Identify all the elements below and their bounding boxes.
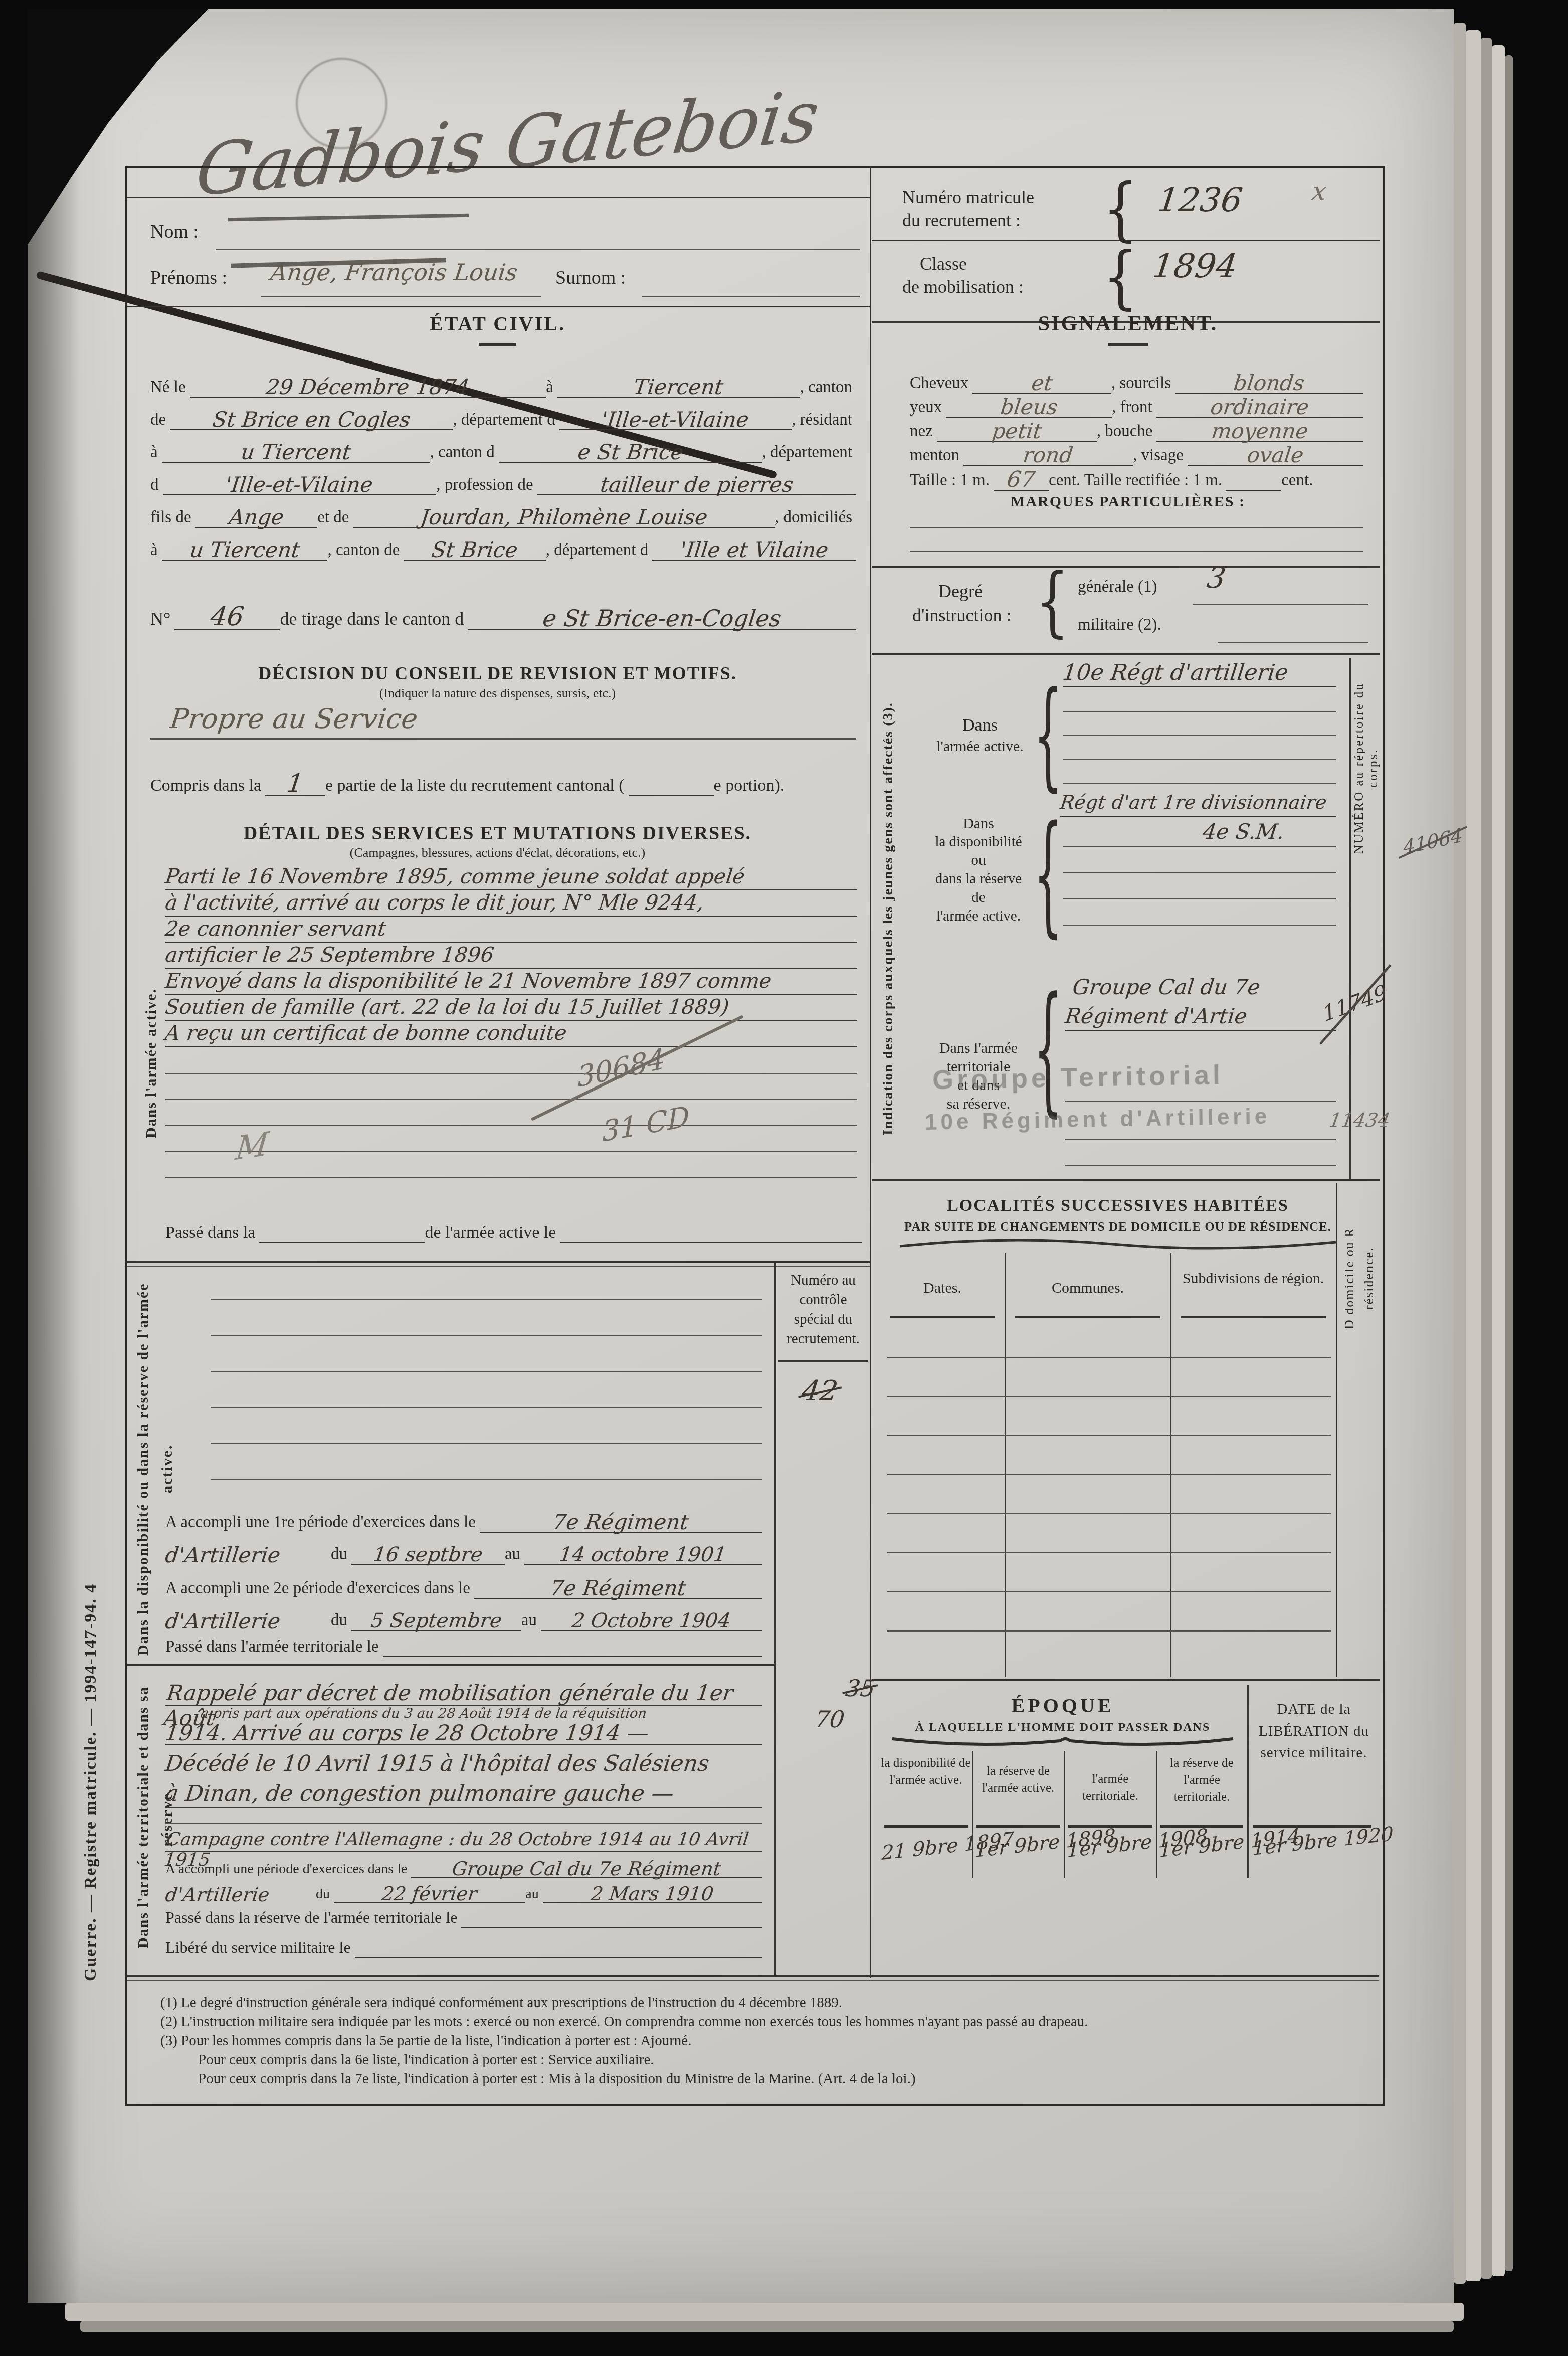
decision-title: DÉCISION DU CONSEIL DE REVISION ET MOTIF… (125, 663, 870, 684)
terr-line-5: Campagne contre l'Allemagne : du 28 Octo… (165, 1829, 762, 1852)
sourcils-value: blonds (1232, 371, 1306, 395)
page-edge (1492, 45, 1505, 2276)
terr-line-1b: a pris part aux opérations du 3 au 28 Ao… (201, 1706, 762, 1721)
rule (1181, 1316, 1326, 1318)
rule (1063, 711, 1336, 712)
label: , visage (1133, 446, 1188, 466)
residence-blank: u Tiercent (162, 437, 430, 463)
blank: rond (963, 440, 1133, 466)
birth-date-value: 29 Décembre 1874 (265, 375, 471, 399)
blank: ordinaire (1156, 392, 1363, 418)
footnote-5: Pour ceux compris dans la 7e liste, l'in… (198, 2071, 916, 2087)
terr-text: Décédé le 10 Avril 1915 à l'hôpital des … (164, 1751, 711, 1776)
epoque-subtitle: À LAQUELLE L'HOMME DOIT PASSER DANS (880, 1721, 1246, 1734)
periode1-line-a: A accompli une 1re période d'exercices d… (165, 1507, 762, 1533)
label: yeux (910, 398, 946, 418)
rule (165, 1073, 857, 1074)
epoque-col-3: l'armée territoriale. (1065, 1771, 1155, 1805)
periode1-fin: 14 octobre 1901 (558, 1543, 728, 1566)
degre-militaire-label: militaire (2). (1078, 616, 1161, 634)
page-edge-bottom (65, 2303, 1464, 2321)
title-dash (1108, 343, 1148, 346)
label: Passé dans l'armée territoriale le (165, 1638, 383, 1657)
menton-value: rond (1022, 443, 1074, 467)
service-text: artificier le 25 Septembre 1896 (164, 943, 495, 967)
birth-place-value: Tiercent (632, 375, 725, 399)
rule (127, 1980, 1379, 1981)
service-text: 2e canonnier servant (164, 917, 387, 941)
label: et de (317, 508, 353, 528)
section-rule (127, 1261, 870, 1263)
label: , département (762, 443, 856, 463)
service-line-1: Parti le 16 Novembre 1895, comme jeune s… (165, 864, 857, 890)
tirage-line: N° 46 de tirage dans le canton d e St Br… (150, 599, 856, 630)
taille-value: 67 (1006, 467, 1037, 492)
corps-r2-label-4: dans la réserve (923, 871, 1034, 887)
degre-generale-label: générale (1) (1078, 578, 1157, 596)
label: , résidant (792, 411, 856, 430)
col-communes-header: Communes. (1005, 1280, 1170, 1297)
col-subdivisions-header: Subdivisions de région. (1175, 1268, 1331, 1289)
label: , profession de (436, 476, 537, 495)
service-text: Soutien de famille (art. 22 de la loi du… (164, 995, 730, 1019)
bouche-value: moyenne (1210, 419, 1310, 443)
col-dates-header: Dates. (880, 1280, 1005, 1297)
label: Compris dans la (150, 776, 265, 796)
decision-subtitle: (Indiquer la nature des dispenses, sursi… (125, 686, 870, 701)
degre-label-1: Degré (938, 581, 983, 602)
rule (1015, 1316, 1160, 1318)
rule (1065, 1139, 1336, 1140)
blank (383, 1656, 762, 1657)
corps-stamp-number: 11434 (1328, 1109, 1392, 1131)
corps-r2-value-line: Régt d'art 1re divisionnaire (1060, 791, 1336, 817)
blank: 22 février (334, 1880, 525, 1903)
column-border (1064, 1751, 1065, 1878)
label: menton (910, 446, 963, 466)
signalement-row-4: menton rond , visage ovale (910, 440, 1363, 466)
rule (1065, 1165, 1336, 1166)
label: du (331, 1611, 351, 1631)
passe-territoriale-line: Passé dans l'armée territoriale le (165, 1638, 762, 1657)
profession-blank: tailleur de pierres (537, 470, 856, 495)
label: A accompli une 2e période d'exercices da… (165, 1579, 474, 1599)
classe-value: 1894 (1150, 247, 1239, 285)
blank: d'Artillerie (165, 1606, 331, 1631)
page-edge-bottom (80, 2321, 1454, 2332)
services-subtitle: (Campagnes, blessures, actions d'éclat, … (125, 845, 870, 860)
blank: 2 Octobre 1904 (541, 1607, 762, 1631)
canton-value: St Brice en Cogles (211, 407, 412, 432)
signalement-row-2: yeux bleus , front ordinaire (910, 392, 1363, 418)
corps-r2-label-3: ou (923, 852, 1034, 869)
rule (211, 1335, 762, 1336)
rule (1193, 604, 1368, 605)
rule (887, 1591, 1331, 1592)
label: e partie de la liste du recrutement cant… (325, 776, 629, 796)
blank: d'Artillerie (165, 1881, 316, 1903)
rule (127, 1266, 870, 1267)
dept2-value: 'Ille-et-Vilaine (224, 472, 374, 497)
terr-line-7: d'Artillerie du 22 février au 2 Mars 191… (165, 1880, 762, 1903)
compris-line: Compris dans la 1 e partie de la liste d… (150, 766, 856, 796)
nez-value: petit (991, 419, 1043, 443)
signalement-row-1: Cheveux et , sourcils blonds (910, 368, 1363, 394)
date-fin: 2 Mars 1910 (590, 1883, 715, 1905)
side-label-armee-active: Dans l'armée active. (143, 872, 165, 1253)
signalement-title: SIGNALEMENT. (880, 312, 1376, 336)
pere-blank: Ange (195, 502, 318, 528)
partie-blank: 1 (265, 766, 325, 796)
brace: { (1103, 237, 1138, 317)
scanned-military-register-photo: Gadbois Gatebois x Nom : Prénoms : Ange,… (0, 0, 1568, 2356)
blank: 5 Septembre (351, 1607, 521, 1631)
rule (887, 1630, 1331, 1632)
label: de l'armée active le (425, 1223, 560, 1243)
rule (1063, 898, 1336, 899)
label: Passé dans la (165, 1223, 259, 1243)
rule (642, 296, 860, 297)
rule (261, 296, 541, 297)
mere-value: Jourdan, Philomène Louise (419, 505, 709, 529)
blank: blonds (1175, 368, 1363, 394)
label: à (546, 378, 557, 398)
label: Libéré du service militaire le (165, 1938, 355, 1958)
label: cent. Taille rectifiée : 1 m. (1049, 471, 1226, 491)
rule (216, 249, 860, 250)
horizontal-brace (890, 1736, 1236, 1749)
classe-label-line2: de mobilisation : (902, 276, 1024, 297)
dr-column-border (1336, 1183, 1337, 1677)
label: , canton d (430, 443, 498, 463)
label: N° (150, 608, 174, 630)
periode2-debut: 5 Septembre (369, 1609, 503, 1633)
periode2-line-b: d'Artillerie du 5 Septembre au 2 Octobre… (165, 1606, 762, 1631)
label: , département d (546, 541, 652, 561)
rule (165, 1099, 857, 1100)
rule (887, 1357, 1331, 1358)
service-line-4: artificier le 25 Septembre 1896 (165, 943, 857, 969)
canton-blank: St Brice en Cogles (170, 405, 453, 430)
terr-text: à Dinan, de congestion pulmonaire gauche… (164, 1781, 675, 1806)
front-value: ordinaire (1209, 395, 1310, 419)
domicile-value: u Tiercent (188, 537, 301, 562)
periode2-line-a: A accompli une 2e période d'exercices da… (165, 1573, 762, 1599)
tirage-canton: e St Brice-en-Cogles (541, 605, 782, 632)
dept2-blank: 'Ille-et-Vilaine (163, 470, 437, 495)
corps-r2-value2: 4e S.M. (1202, 819, 1286, 844)
rule (211, 1443, 762, 1444)
rule (150, 738, 856, 740)
epoque-col-2: la réserve de l'armée active. (973, 1763, 1063, 1797)
rule (211, 1299, 762, 1300)
label: de (150, 411, 170, 430)
rule (1063, 872, 1336, 873)
terr-line-3: Décédé le 10 Avril 1915 à l'hôpital des … (165, 1751, 762, 1776)
etat-civil-title: ÉTAT CIVIL. (125, 312, 870, 335)
service-text: Parti le 16 Novembre 1895, comme jeune s… (164, 864, 746, 888)
prenoms-label: Prénoms : (150, 267, 227, 289)
canton3-blank: St Brice (404, 535, 545, 561)
blank: 67 (994, 464, 1049, 491)
blank: ovale (1188, 440, 1363, 466)
label: , bouche (1097, 422, 1157, 442)
label: nez (910, 422, 937, 442)
corps-r3-value1: Groupe Cal du 7e (1071, 975, 1262, 999)
side-label-disponibilite: Dans la disponibilité ou dans la réserve… (131, 1276, 186, 1662)
cheveux-value: et (1030, 371, 1054, 395)
rule (890, 1316, 995, 1318)
periode2-fin: 2 Octobre 1904 (570, 1609, 732, 1633)
tirage-number-blank: 46 (174, 599, 280, 630)
service-text: Envoyé dans la disponibilité le 21 Novem… (164, 969, 773, 993)
blank (1226, 490, 1281, 491)
mere-blank: Jourdan, Philomène Louise (353, 502, 775, 528)
rule (872, 1679, 1380, 1681)
blank (461, 1927, 762, 1928)
rule (1063, 846, 1336, 847)
spine-text: Guerre. — Registre matricule. — 1994-147… (81, 1469, 106, 2096)
prenoms-value: Ange, François Louis (269, 259, 519, 286)
epoque-col-4: la réserve de l'armée territoriale. (1157, 1755, 1246, 1805)
blank (259, 1242, 425, 1243)
label: à (150, 541, 162, 561)
rule (211, 1479, 762, 1480)
label: A accompli une période d'exercices dans … (165, 1861, 411, 1878)
brace: { (1036, 557, 1069, 646)
arme-value: d'Artillerie (164, 1884, 271, 1906)
rule (872, 653, 1380, 655)
taille-row: Taille : 1 m. 67 cent. Taille rectifiée … (910, 464, 1363, 491)
corps-r2-label-2: la disponibilité (923, 834, 1034, 850)
label: à (150, 443, 162, 463)
birth-date-blank: 29 Décembre 1874 (190, 372, 546, 398)
controle-column-header: Numéro au contrôle spécial du recrutemen… (778, 1271, 868, 1349)
terr-line-4: à Dinan, de congestion pulmonaire gauche… (165, 1781, 762, 1808)
decision-value: Propre au Service (168, 703, 420, 735)
dept-blank: 'Ille-et-Vilaine (559, 405, 792, 430)
periode2-arme: d'Artillerie (164, 1609, 282, 1634)
rule (1218, 642, 1368, 643)
rule (1063, 783, 1336, 784)
blank: 14 octobre 1901 (524, 1541, 762, 1565)
corps-r1-value-line: 10e Régt d'artillerie (1063, 660, 1336, 687)
rule (910, 551, 1363, 552)
service-line-6: Soutien de famille (art. 22 de la loi du… (165, 995, 857, 1021)
marques-title: MARQUES PARTICULIÈRES : (880, 493, 1376, 510)
label: du (331, 1545, 351, 1565)
epoque-col-1: la disponibilité de l'armée active. (881, 1755, 971, 1789)
blank: 7e Régiment (474, 1573, 762, 1599)
blank: Groupe Cal du 7e Régiment (411, 1855, 762, 1878)
rule (884, 1825, 968, 1828)
etat-civil-line-4: d 'Ille-et-Vilaine , profession de taill… (150, 470, 856, 495)
corps-r2-label-6: l'armée active. (923, 908, 1034, 925)
rule (165, 1151, 857, 1152)
rule (165, 1177, 857, 1178)
canton2-value: e St Brice (576, 440, 685, 464)
corps-r3-value2: Régiment d'Artie (1064, 1004, 1249, 1028)
corps-r3-value-line: Régiment d'Artie (1065, 1004, 1336, 1031)
blank (560, 1242, 862, 1243)
portion-blank (629, 795, 714, 796)
periode1-regiment: 7e Régiment (551, 1510, 690, 1534)
passe-armee-active-line: Passé dans la de l'armée active le (165, 1223, 862, 1243)
rule (127, 306, 870, 307)
label: cent. (1281, 471, 1317, 491)
corps-r3-label-1: Dans l'armée (923, 1040, 1034, 1057)
date-debut: 22 février (381, 1883, 479, 1905)
footnote-1: (1) Le degré d'instruction générale sera… (160, 1995, 842, 2011)
canton2-blank: e St Brice (499, 437, 762, 463)
periode2-regiment: 7e Régiment (549, 1576, 687, 1600)
blank (355, 1957, 762, 1958)
service-line-5: Envoyé dans la disponibilité le 21 Novem… (165, 969, 857, 995)
service-text: à l'activité, arrivé au corps le dit jou… (164, 890, 705, 915)
label: fils de (150, 508, 195, 528)
page-edge (1505, 55, 1513, 2271)
label: d (150, 476, 163, 495)
rule (1065, 1101, 1336, 1102)
pere-value: Ange (228, 505, 285, 529)
profession-value: tailleur de pierres (599, 472, 795, 497)
rule (211, 1371, 762, 1372)
numero-column-border (1349, 658, 1351, 1179)
rule (127, 197, 870, 198)
page-edge (1466, 30, 1481, 2281)
label: , front (1112, 398, 1156, 418)
rule (976, 1825, 1060, 1828)
rule (165, 1823, 762, 1824)
blank: 7e Régiment (480, 1507, 762, 1533)
blank: moyenne (1156, 416, 1363, 442)
services-title: DÉTAIL DES SERVICES ET MUTATIONS DIVERSE… (125, 822, 870, 844)
label: A accompli une 1re période d'exercices d… (165, 1513, 480, 1533)
localites-subtitle: PAR SUITE DE CHANGEMENTS DE DOMICILE OU … (880, 1220, 1356, 1234)
tirage-canton-blank: e St Brice-en-Cogles (468, 602, 856, 630)
territorial-stamp-line1: Groupe Territorial (932, 1059, 1224, 1096)
label: Taille : 1 m. (910, 471, 994, 491)
libere-line: Libéré du service militaire le (165, 1938, 762, 1958)
etat-civil-line-2: de St Brice en Cogles , département d 'I… (150, 405, 856, 430)
pencil-scribble: M (234, 1126, 270, 1168)
date-column-label: DATE de la LIBÉRATION du service militai… (1249, 1699, 1379, 1764)
blank: d'Artillerie (165, 1540, 331, 1565)
page-edge (1454, 23, 1466, 2284)
section-rule (127, 1664, 774, 1666)
residence-value: u Tiercent (240, 440, 352, 464)
corps-r1-label-1: Dans (927, 716, 1033, 735)
matricule-label-line2: du recrutement : (902, 210, 1021, 231)
blank: 16 septbre (351, 1541, 505, 1565)
birth-place-blank: Tiercent (557, 372, 800, 398)
label: Né le (150, 378, 190, 398)
corps-r1-label-2: l'armée active. (927, 738, 1033, 755)
corps-r2-value1: Régt d'art 1re divisionnaire (1059, 791, 1328, 813)
nom-label: Nom : (150, 221, 199, 243)
terr-line-6: A accompli une période d'exercices dans … (165, 1855, 762, 1878)
dept3-blank: 'Ille et Vilaine (652, 535, 856, 561)
blank: 2 Mars 1910 (543, 1880, 762, 1903)
label: du (316, 1886, 334, 1903)
service-text: A reçu un certificat de bonne conduite (164, 1021, 568, 1045)
rule (910, 527, 1363, 528)
label: , sourcils (1111, 374, 1175, 394)
matricule-value: 1236 (1155, 180, 1244, 219)
rule (1063, 925, 1336, 926)
dept-value: 'Ille-et-Vilaine (600, 407, 750, 432)
dept3-value: 'Ille et Vilaine (679, 537, 830, 562)
passe-reserve-line: Passé dans la réserve de l'armée territo… (165, 1908, 762, 1928)
title-dash (479, 343, 516, 346)
vertical-divider (870, 166, 871, 1978)
brace: { (1034, 798, 1062, 951)
label: Passé dans la réserve de l'armée territo… (165, 1908, 461, 1928)
brace: { (1034, 667, 1062, 804)
canton3-value: St Brice (430, 537, 519, 562)
blank: petit (937, 416, 1097, 442)
rule (1063, 759, 1336, 760)
label: Cheveux (910, 374, 972, 394)
label: de tirage dans le canton d (280, 608, 468, 630)
footnote-4: Pour ceux compris dans la 6e liste, l'in… (198, 2052, 654, 2068)
numero-column-label: NUMÉRO au répertoire du corps. (1352, 663, 1376, 873)
terr-interline-text: a pris part aux opérations du 3 au 28 Ao… (200, 1706, 648, 1721)
blank: et (972, 368, 1111, 394)
footer-separator (127, 1975, 1379, 1977)
classe-label-line1: Classe (920, 253, 967, 274)
rule (887, 1396, 1331, 1397)
blank: bleus (946, 392, 1112, 418)
yeux-value: bleus (999, 395, 1059, 419)
terr-line-2: 1914. Arrivé au corps le 28 Octobre 1914… (165, 1721, 762, 1745)
terr-text: 1914. Arrivé au corps le 28 Octobre 1914… (164, 1721, 650, 1746)
rule (887, 1474, 1331, 1475)
label: , canton de (327, 541, 404, 561)
service-line-7: A reçu un certificat de bonne conduite (165, 1021, 857, 1047)
periode1-debut: 16 septbre (372, 1543, 484, 1566)
rule (872, 1179, 1380, 1181)
rule (211, 1407, 762, 1408)
rule (887, 1552, 1331, 1553)
periode1-line-b: d'Artillerie du 16 septbre au 14 octobre… (165, 1540, 762, 1565)
corps-r1-value: 10e Régt d'artillerie (1061, 660, 1290, 685)
decorative-swash (897, 1237, 1338, 1252)
page-edge (1481, 38, 1492, 2279)
corps-r2-label-5: de (923, 889, 1034, 906)
column-border (1005, 1253, 1006, 1677)
rule (887, 1513, 1331, 1514)
brace: { (1034, 968, 1062, 1131)
column-border (1170, 1253, 1171, 1677)
groupe-value: Groupe Cal du 7e Régiment (451, 1858, 722, 1880)
domicile-blank: u Tiercent (162, 535, 328, 561)
side-label-corps: Indication des corps auxquels les jeunes… (880, 658, 904, 1179)
periode1-arme: d'Artillerie (164, 1543, 282, 1567)
tirage-number: 46 (209, 602, 246, 632)
label: au (525, 1886, 542, 1903)
label: , département d (453, 411, 559, 430)
etat-civil-line-5: fils de Ange et de Jourdan, Philomène Lo… (150, 502, 856, 528)
surnom-label: Surnom : (555, 267, 626, 289)
controle-column-border (774, 1261, 776, 1975)
partie-value: 1 (286, 769, 305, 798)
etat-civil-line-3: à u Tiercent , canton d e St Brice , dép… (150, 437, 856, 463)
corps-r2-label-1: Dans (923, 815, 1034, 832)
label: , canton (800, 378, 856, 398)
degre-label-2: d'instruction : (912, 605, 1011, 626)
dr-column-label: D domicile ou R résidence. (1339, 1201, 1375, 1356)
